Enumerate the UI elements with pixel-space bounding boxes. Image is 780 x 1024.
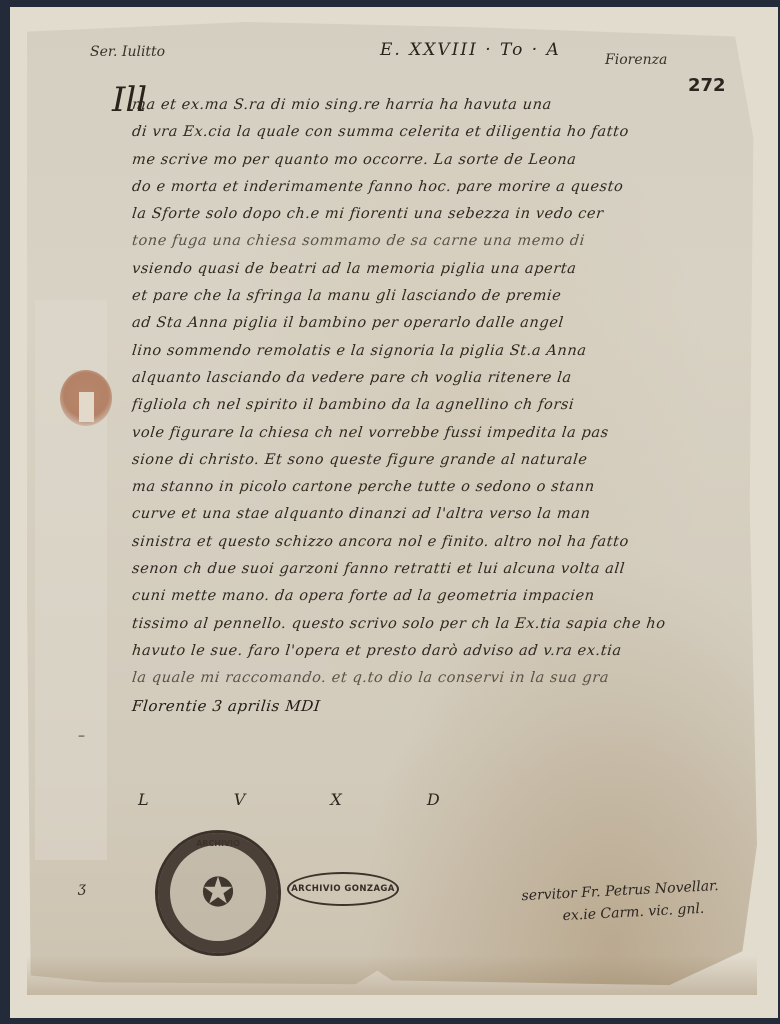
shelfmark: E. XXVIII · To · A bbox=[380, 40, 561, 60]
seal-text: ARCHIVIO bbox=[158, 839, 278, 848]
body-line: ad Sta Anna piglia il bambino per operar… bbox=[131, 310, 754, 337]
body-line: sinistra et questo schizzo ancora nol e … bbox=[131, 529, 754, 556]
archive-round-seal: ARCHIVIO ✪ bbox=[155, 830, 281, 956]
body-line: vsiendo quasi de beatri ad la memoria pi… bbox=[131, 256, 754, 283]
bottom-marks: L V X D bbox=[138, 790, 440, 809]
wax-seal-stain-icon bbox=[60, 370, 112, 426]
header-left-note: Ser. Iulitto bbox=[90, 44, 165, 60]
body-line: cuni mette mano. da opera forte ad la ge… bbox=[131, 583, 754, 610]
body-line: havuto le sue. faro l'opera et presto da… bbox=[131, 638, 754, 665]
body-line: curve et una stae alquanto dinanzi ad l'… bbox=[131, 501, 754, 528]
body-line: vole figurare la chiesa ch nel vorrebbe … bbox=[131, 420, 754, 447]
body-line: ma et ex.ma S.ra di mio sing.re harria h… bbox=[131, 92, 754, 119]
body-line: la Sforte solo dopo ch.e mi fiorenti una… bbox=[131, 201, 754, 228]
body-line: alquanto lasciando da vedere pare ch vog… bbox=[131, 365, 754, 392]
body-line: tone fuga una chiesa sommamo de sa carne… bbox=[131, 228, 754, 255]
body-line: figliola ch nel spirito il bambino da la… bbox=[131, 392, 754, 419]
mark: X D bbox=[330, 790, 439, 809]
mark: L bbox=[138, 790, 149, 809]
body-line: di vra Ex.cia la quale con summa celerit… bbox=[131, 119, 754, 146]
body-line: et pare che la sfringa la manu gli lasci… bbox=[131, 283, 754, 310]
body-line: lino sommendo remolatis e la signoria la… bbox=[131, 338, 754, 365]
body-line: do e morta et inderimamente fanno hoc. p… bbox=[131, 174, 754, 201]
header-right-note: Fiorenza bbox=[605, 52, 667, 68]
archive-oval-stamp: ARCHIVIO GONZAGA bbox=[287, 872, 399, 906]
body-line: tissimo al pennello. questo scrivo solo … bbox=[131, 611, 754, 638]
body-line: me scrive mo per quanto mo occorre. La s… bbox=[131, 147, 754, 174]
body-line: senon ch due suoi garzoni fanno retratti… bbox=[131, 556, 754, 583]
star-icon: ✪ bbox=[201, 870, 235, 916]
date-line: Florentie 3 aprilis MDI bbox=[131, 693, 754, 720]
margin-tick: ʒ bbox=[78, 880, 86, 896]
body-line: la quale mi raccomando. et q.to dio la c… bbox=[131, 665, 754, 692]
body-line: ma stanno in picolo cartone perche tutte… bbox=[131, 474, 754, 501]
page-header: Ser. Iulitto E. XXVIII · To · A Fiorenza bbox=[60, 40, 740, 80]
margin-dash: – bbox=[78, 728, 85, 744]
mark: V bbox=[234, 790, 246, 809]
body-line: sione di christo. Et sono queste figure … bbox=[131, 447, 754, 474]
letter-body: ma et ex.ma S.ra di mio sing.re harria h… bbox=[132, 92, 752, 720]
